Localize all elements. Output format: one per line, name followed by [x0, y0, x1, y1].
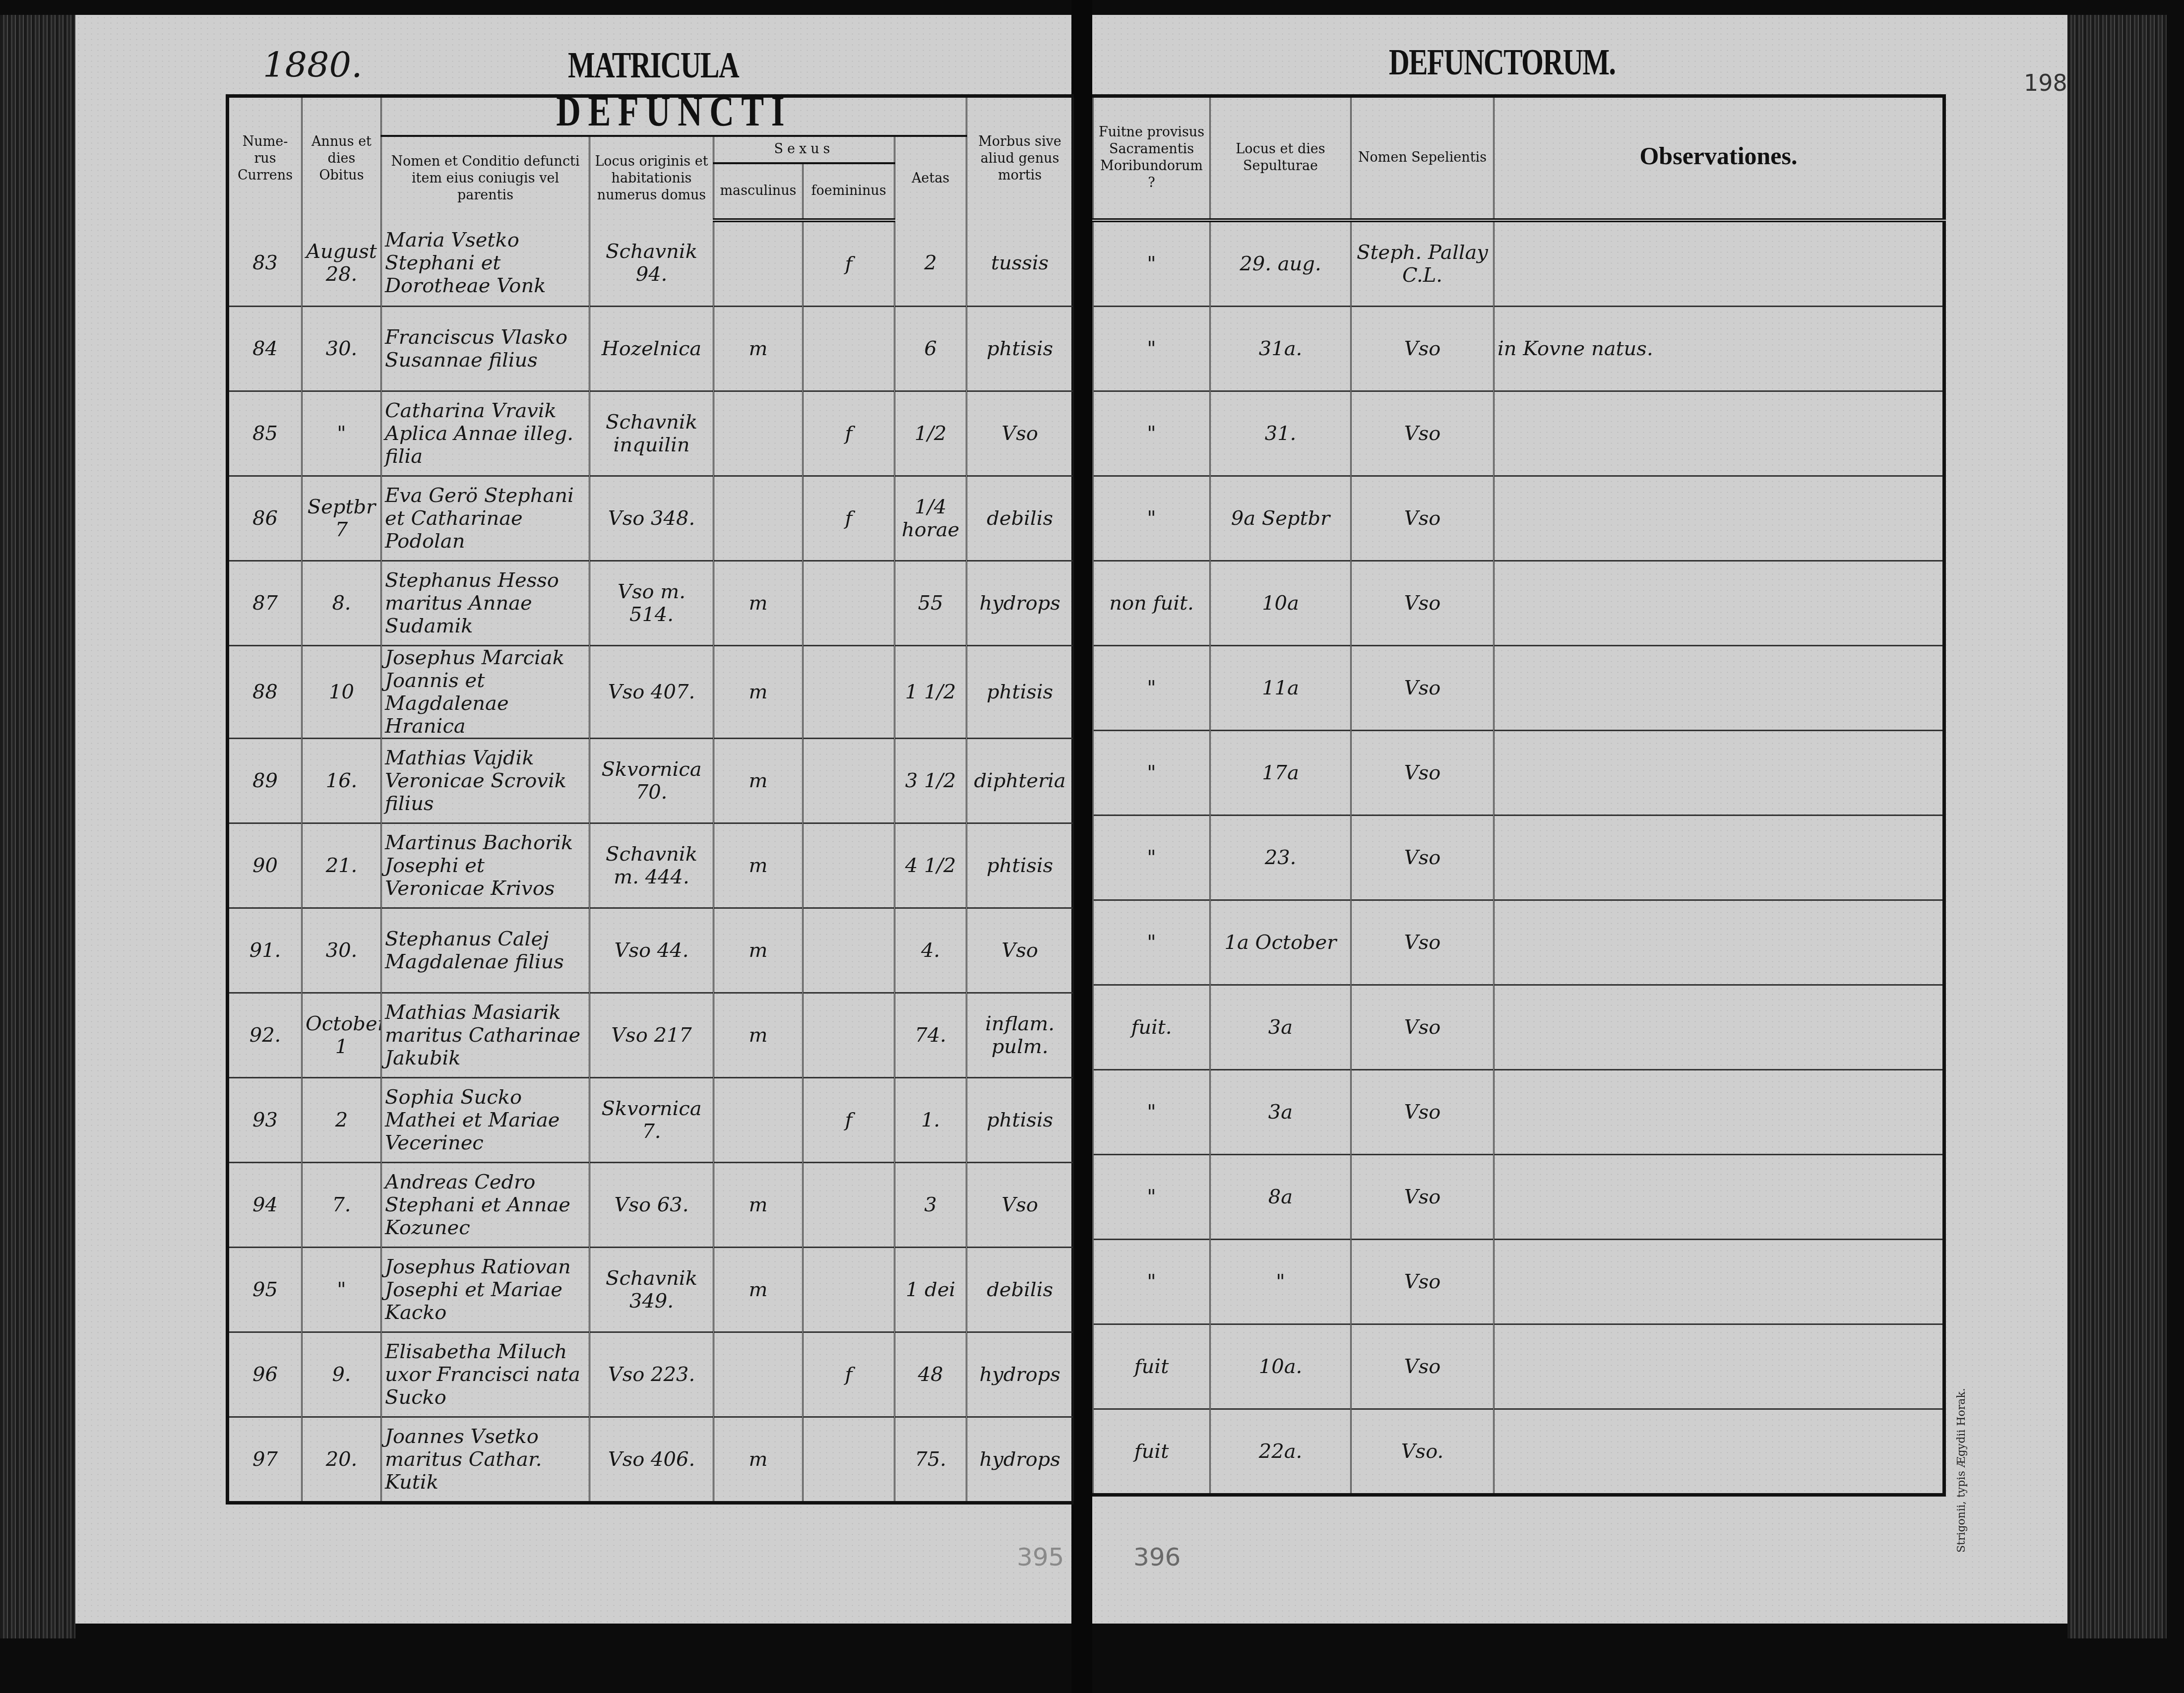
- cell-death-date: 30.: [302, 306, 381, 391]
- cell-residence: Vso 223.: [590, 1332, 714, 1417]
- cell-residence: Vso 44.: [590, 908, 714, 993]
- header-sexus: Sexus: [714, 136, 895, 163]
- cell-officiant: Steph. Pallay C.L.: [1351, 220, 1494, 307]
- cell-observations: [1494, 1409, 1944, 1495]
- cell-burial-date: ": [1210, 1239, 1351, 1324]
- cell-burial-date: 3a: [1210, 985, 1351, 1069]
- cell-sacraments: ": [1093, 730, 1210, 815]
- cell-entry-number: 89: [228, 738, 302, 823]
- table-row: fuit22a.Vso.: [1093, 1409, 1944, 1495]
- cell-age: 4 1/2: [895, 823, 967, 908]
- book-gutter: [1071, 0, 1092, 1693]
- cell-sex-male: m: [714, 1162, 803, 1247]
- table-row: "8aVso: [1093, 1154, 1944, 1239]
- cell-burial-date: 9a Septbr: [1210, 476, 1351, 561]
- table-row: 85"Catharina Vravik Aplica Annae illeg. …: [228, 391, 1073, 476]
- cell-death-date: 30.: [302, 908, 381, 993]
- table-row: 8430.Franciscus Vlasko Susannae filiusHo…: [228, 306, 1073, 391]
- cell-cause-of-death: phtisis: [967, 1077, 1073, 1162]
- cell-age: 6: [895, 306, 967, 391]
- cell-sex-female: [803, 561, 895, 645]
- cell-age: 2: [895, 220, 967, 307]
- table-row: 9720.Joannes Vsetko maritus Cathar. Kuti…: [228, 1417, 1073, 1503]
- register-table-left: Nume- rus Currens Annus et dies Obitus D…: [226, 94, 1074, 1505]
- cell-deceased-name: Josephus Marciak Joannis et Magdalenae H…: [381, 645, 590, 738]
- cell-sacraments: non fuit.: [1093, 561, 1210, 645]
- cell-burial-date: 1a October: [1210, 900, 1351, 985]
- left-book-edge: [0, 15, 75, 1638]
- cell-deceased-name: Mathias Vajdik Veronicae Scrovik filius: [381, 738, 590, 823]
- cell-deceased-name: Elisabetha Miluch uxor Francisci nata Su…: [381, 1332, 590, 1417]
- table-row: ""Vso: [1093, 1239, 1944, 1324]
- table-row: "31a.Vsoin Kovne natus.: [1093, 306, 1944, 391]
- cell-deceased-name: Stephanus Calej Magdalenae filius: [381, 908, 590, 993]
- cell-sacraments: ": [1093, 306, 1210, 391]
- register-rows-left: 83August 28.Maria Vsetko Stephani et Dor…: [228, 220, 1073, 1503]
- cell-age: 1 dei: [895, 1247, 967, 1332]
- cell-sex-female: f: [803, 391, 895, 476]
- cell-residence: Skvornica 70.: [590, 738, 714, 823]
- cell-officiant: Vso: [1351, 1154, 1494, 1239]
- cell-sacraments: ": [1093, 1239, 1210, 1324]
- cell-residence: Schavnik m. 444.: [590, 823, 714, 908]
- table-row: "1a OctoberVso: [1093, 900, 1944, 985]
- cell-sex-female: [803, 738, 895, 823]
- cell-sex-male: m: [714, 993, 803, 1077]
- cell-cause-of-death: phtisis: [967, 823, 1073, 908]
- cell-sacraments: ": [1093, 900, 1210, 985]
- cell-burial-date: 22a.: [1210, 1409, 1351, 1495]
- table-row: 86Septbr 7Eva Gerö Stephani et Catharina…: [228, 476, 1073, 561]
- cell-cause-of-death: inflam. pulm.: [967, 993, 1073, 1077]
- cell-entry-number: 95: [228, 1247, 302, 1332]
- pencil-page-number-right: 396: [1133, 1543, 1181, 1571]
- cell-observations: [1494, 1239, 1944, 1324]
- table-row: 92.October 1Mathias Masiarik maritus Cat…: [228, 993, 1073, 1077]
- cell-observations: [1494, 900, 1944, 985]
- cell-age: 1 1/2: [895, 645, 967, 738]
- header-fuitne: Fuitne provisus Sacramentis Moribundorum…: [1093, 96, 1210, 220]
- cell-age: 3 1/2: [895, 738, 967, 823]
- cell-sex-female: f: [803, 220, 895, 307]
- cell-deceased-name: Eva Gerö Stephani et Catharinae Podolan: [381, 476, 590, 561]
- cell-officiant: Vso: [1351, 900, 1494, 985]
- cell-cause-of-death: Vso: [967, 1162, 1073, 1247]
- cell-observations: [1494, 815, 1944, 900]
- cell-age: 1/2: [895, 391, 967, 476]
- cell-cause-of-death: hydrops: [967, 1332, 1073, 1417]
- cell-age: 74.: [895, 993, 967, 1077]
- cell-burial-date: 31.: [1210, 391, 1351, 476]
- cell-deceased-name: Josephus Ratiovan Josephi et Mariae Kack…: [381, 1247, 590, 1332]
- table-row: 95"Josephus Ratiovan Josephi et Mariae K…: [228, 1247, 1073, 1332]
- cell-cause-of-death: phtisis: [967, 645, 1073, 738]
- cell-sex-male: m: [714, 306, 803, 391]
- cell-sex-female: f: [803, 476, 895, 561]
- year-handwritten: 1880.: [263, 45, 362, 85]
- cell-sex-female: [803, 645, 895, 738]
- cell-sacraments: ": [1093, 815, 1210, 900]
- cell-sex-male: [714, 391, 803, 476]
- cell-entry-number: 83: [228, 220, 302, 307]
- cell-cause-of-death: diphteria: [967, 738, 1073, 823]
- table-row: fuit10a.Vso: [1093, 1324, 1944, 1409]
- cell-burial-date: 11a: [1210, 645, 1351, 730]
- cell-entry-number: 86: [228, 476, 302, 561]
- right-book-edge: [2067, 15, 2167, 1638]
- cell-deceased-name: Andreas Cedro Stephani et Annae Kozunec: [381, 1162, 590, 1247]
- cell-deceased-name: Mathias Masiarik maritus Catharinae Jaku…: [381, 993, 590, 1077]
- table-row: "23.Vso: [1093, 815, 1944, 900]
- table-row: 932Sophia Sucko Mathei et Mariae Vecerin…: [228, 1077, 1073, 1162]
- cell-cause-of-death: Vso: [967, 908, 1073, 993]
- cell-officiant: Vso: [1351, 561, 1494, 645]
- cell-observations: [1494, 645, 1944, 730]
- cell-sex-male: [714, 220, 803, 307]
- cell-cause-of-death: hydrops: [967, 1417, 1073, 1503]
- cell-burial-date: 17a: [1210, 730, 1351, 815]
- header-aetas: Aetas: [895, 136, 967, 220]
- cell-cause-of-death: phtisis: [967, 306, 1073, 391]
- table-row: "9a SeptbrVso: [1093, 476, 1944, 561]
- cell-sex-male: m: [714, 1417, 803, 1503]
- cell-age: 1.: [895, 1077, 967, 1162]
- cell-entry-number: 97: [228, 1417, 302, 1503]
- cell-sex-male: m: [714, 738, 803, 823]
- cell-observations: [1494, 730, 1944, 815]
- table-row: "29. aug.Steph. Pallay C.L.: [1093, 220, 1944, 307]
- cell-deceased-name: Catharina Vravik Aplica Annae illeg. fil…: [381, 391, 590, 476]
- cell-sacraments: fuit: [1093, 1324, 1210, 1409]
- cell-entry-number: 85: [228, 391, 302, 476]
- register-table-right: Fuitne provisus Sacramentis Moribundorum…: [1092, 94, 1946, 1497]
- cell-residence: Schavnik 94.: [590, 220, 714, 307]
- header-numerus: Nume- rus Currens: [228, 96, 302, 220]
- table-row: fuit.3aVso: [1093, 985, 1944, 1069]
- cell-sex-female: f: [803, 1077, 895, 1162]
- cell-deceased-name: Franciscus Vlasko Susannae filius: [381, 306, 590, 391]
- cell-observations: [1494, 985, 1944, 1069]
- cell-death-date: 16.: [302, 738, 381, 823]
- cell-observations: [1494, 1154, 1944, 1239]
- cell-observations: [1494, 391, 1944, 476]
- cell-sex-female: [803, 993, 895, 1077]
- header-masculinus: masculinus: [714, 163, 803, 220]
- cell-deceased-name: Sophia Sucko Mathei et Mariae Vecerinec: [381, 1077, 590, 1162]
- cell-officiant: Vso: [1351, 645, 1494, 730]
- cell-residence: Vso 63.: [590, 1162, 714, 1247]
- cell-officiant: Vso.: [1351, 1409, 1494, 1495]
- page-title-right: DEFUNCTORUM.: [1389, 42, 1615, 84]
- cell-residence: Vso 406.: [590, 1417, 714, 1503]
- cell-sacraments: ": [1093, 476, 1210, 561]
- cell-residence: Hozelnica: [590, 306, 714, 391]
- cell-observations: [1494, 220, 1944, 307]
- header-nomen: Nomen et Conditio defuncti item eius con…: [381, 136, 590, 220]
- register-rows-right: "29. aug.Steph. Pallay C.L."31a.Vsoin Ko…: [1093, 220, 1944, 1495]
- cell-sacraments: ": [1093, 391, 1210, 476]
- cell-observations: [1494, 561, 1944, 645]
- cell-death-date: August 28.: [302, 220, 381, 307]
- cell-death-date: ": [302, 1247, 381, 1332]
- cell-officiant: Vso: [1351, 306, 1494, 391]
- cell-sex-female: [803, 306, 895, 391]
- cell-age: 55: [895, 561, 967, 645]
- cell-sex-male: [714, 1332, 803, 1417]
- cell-burial-date: 29. aug.: [1210, 220, 1351, 307]
- cell-death-date: 9.: [302, 1332, 381, 1417]
- cell-sacraments: ": [1093, 645, 1210, 730]
- cell-residence: Vso m. 514.: [590, 561, 714, 645]
- cell-death-date: 21.: [302, 823, 381, 908]
- cell-officiant: Vso: [1351, 476, 1494, 561]
- table-row: "17aVso: [1093, 730, 1944, 815]
- cell-deceased-name: Joannes Vsetko maritus Cathar. Kutik: [381, 1417, 590, 1503]
- cell-death-date: Septbr 7: [302, 476, 381, 561]
- header-sepultura: Locus et dies Sepulturae: [1210, 96, 1351, 220]
- cell-cause-of-death: hydrops: [967, 561, 1073, 645]
- cell-death-date: 8.: [302, 561, 381, 645]
- cell-age: 3: [895, 1162, 967, 1247]
- cell-burial-date: 3a: [1210, 1069, 1351, 1154]
- table-row: "31.Vso: [1093, 391, 1944, 476]
- cell-observations: [1494, 476, 1944, 561]
- cell-entry-number: 94: [228, 1162, 302, 1247]
- cell-officiant: Vso: [1351, 1239, 1494, 1324]
- table-row: 8810Josephus Marciak Joannis et Magdalen…: [228, 645, 1073, 738]
- cell-sex-male: m: [714, 1247, 803, 1332]
- cell-sacraments: ": [1093, 1069, 1210, 1154]
- cell-residence: Vso 348.: [590, 476, 714, 561]
- cell-age: 1/4 horae: [895, 476, 967, 561]
- cell-residence: Vso 217: [590, 993, 714, 1077]
- cell-burial-date: 23.: [1210, 815, 1351, 900]
- cell-burial-date: 10a: [1210, 561, 1351, 645]
- table-row: non fuit.10aVso: [1093, 561, 1944, 645]
- cell-entry-number: 91.: [228, 908, 302, 993]
- table-row: 91.30.Stephanus Calej Magdalenae filiusV…: [228, 908, 1073, 993]
- cell-entry-number: 87: [228, 561, 302, 645]
- cell-sacraments: fuit: [1093, 1409, 1210, 1495]
- pencil-page-number-left: 395: [1017, 1543, 1064, 1571]
- cell-deceased-name: Martinus Bachorik Josephi et Veronicae K…: [381, 823, 590, 908]
- cell-entry-number: 92.: [228, 993, 302, 1077]
- cell-cause-of-death: Vso: [967, 391, 1073, 476]
- cell-entry-number: 90: [228, 823, 302, 908]
- cell-officiant: Vso: [1351, 730, 1494, 815]
- cell-entry-number: 96: [228, 1332, 302, 1417]
- cell-sex-male: m: [714, 561, 803, 645]
- cell-cause-of-death: debilis: [967, 1247, 1073, 1332]
- header-locus: Locus originis et habitationis numerus d…: [590, 136, 714, 220]
- cell-burial-date: 10a.: [1210, 1324, 1351, 1409]
- table-row: "3aVso: [1093, 1069, 1944, 1154]
- cell-sacraments: ": [1093, 1154, 1210, 1239]
- table-row: 878.Stephanus Hesso maritus Annae Sudami…: [228, 561, 1073, 645]
- cell-death-date: 2: [302, 1077, 381, 1162]
- cell-sex-female: [803, 1417, 895, 1503]
- cell-death-date: 7.: [302, 1162, 381, 1247]
- cell-death-date: 10: [302, 645, 381, 738]
- cell-sex-male: m: [714, 908, 803, 993]
- table-row: 8916.Mathias Vajdik Veronicae Scrovik fi…: [228, 738, 1073, 823]
- folio-number: 198: [2024, 69, 2067, 96]
- cell-death-date: 20.: [302, 1417, 381, 1503]
- header-annus: Annus et dies Obitus: [302, 96, 381, 220]
- cell-sex-female: [803, 823, 895, 908]
- cell-sacraments: fuit.: [1093, 985, 1210, 1069]
- cell-residence: Skvornica 7.: [590, 1077, 714, 1162]
- cell-sex-male: m: [714, 823, 803, 908]
- cell-burial-date: 8a: [1210, 1154, 1351, 1239]
- page-title-left: MATRICULA: [568, 45, 739, 87]
- header-observationes: Observationes.: [1494, 96, 1944, 220]
- cell-sex-male: [714, 1077, 803, 1162]
- cell-residence: Vso 407.: [590, 645, 714, 738]
- cell-deceased-name: Stephanus Hesso maritus Annae Sudamik: [381, 561, 590, 645]
- cell-sex-female: [803, 908, 895, 993]
- cell-observations: [1494, 1069, 1944, 1154]
- cell-sex-female: f: [803, 1332, 895, 1417]
- cell-burial-date: 31a.: [1210, 306, 1351, 391]
- header-morbus: Morbus sive aliud genus mortis: [967, 96, 1073, 220]
- cell-officiant: Vso: [1351, 1324, 1494, 1409]
- cell-officiant: Vso: [1351, 985, 1494, 1069]
- table-row: 83August 28.Maria Vsetko Stephani et Dor…: [228, 220, 1073, 307]
- table-row: 969.Elisabetha Miluch uxor Francisci nat…: [228, 1332, 1073, 1417]
- cell-officiant: Vso: [1351, 391, 1494, 476]
- cell-death-date: October 1: [302, 993, 381, 1077]
- cell-sex-male: [714, 476, 803, 561]
- cell-age: 75.: [895, 1417, 967, 1503]
- cell-deceased-name: Maria Vsetko Stephani et Dorotheae Vonk: [381, 220, 590, 307]
- header-foemininus: foemininus: [803, 163, 895, 220]
- cell-officiant: Vso: [1351, 1069, 1494, 1154]
- cell-officiant: Vso: [1351, 815, 1494, 900]
- table-row: "11aVso: [1093, 645, 1944, 730]
- table-row: 9021.Martinus Bachorik Josephi et Veroni…: [228, 823, 1073, 908]
- cell-observations: [1494, 1324, 1944, 1409]
- cell-age: 4.: [895, 908, 967, 993]
- cell-sex-female: [803, 1247, 895, 1332]
- table-row: 947.Andreas Cedro Stephani et Annae Kozu…: [228, 1162, 1073, 1247]
- cell-age: 48: [895, 1332, 967, 1417]
- cell-residence: Schavnik 349.: [590, 1247, 714, 1332]
- cell-sacraments: ": [1093, 220, 1210, 307]
- cell-sex-male: m: [714, 645, 803, 738]
- cell-death-date: ": [302, 391, 381, 476]
- header-defuncti: DEFUNCTI: [381, 96, 967, 136]
- cell-residence: Schavnik inquilin: [590, 391, 714, 476]
- cell-cause-of-death: debilis: [967, 476, 1073, 561]
- cell-entry-number: 84: [228, 306, 302, 391]
- cell-observations: in Kovne natus.: [1494, 306, 1944, 391]
- cell-entry-number: 93: [228, 1077, 302, 1162]
- cell-entry-number: 88: [228, 645, 302, 738]
- header-sepeliens: Nomen Sepelientis: [1351, 96, 1494, 220]
- cell-cause-of-death: tussis: [967, 220, 1073, 307]
- cell-sex-female: [803, 1162, 895, 1247]
- printer-imprint: Strigonii, typis Ægydii Horak.: [1955, 1388, 1968, 1553]
